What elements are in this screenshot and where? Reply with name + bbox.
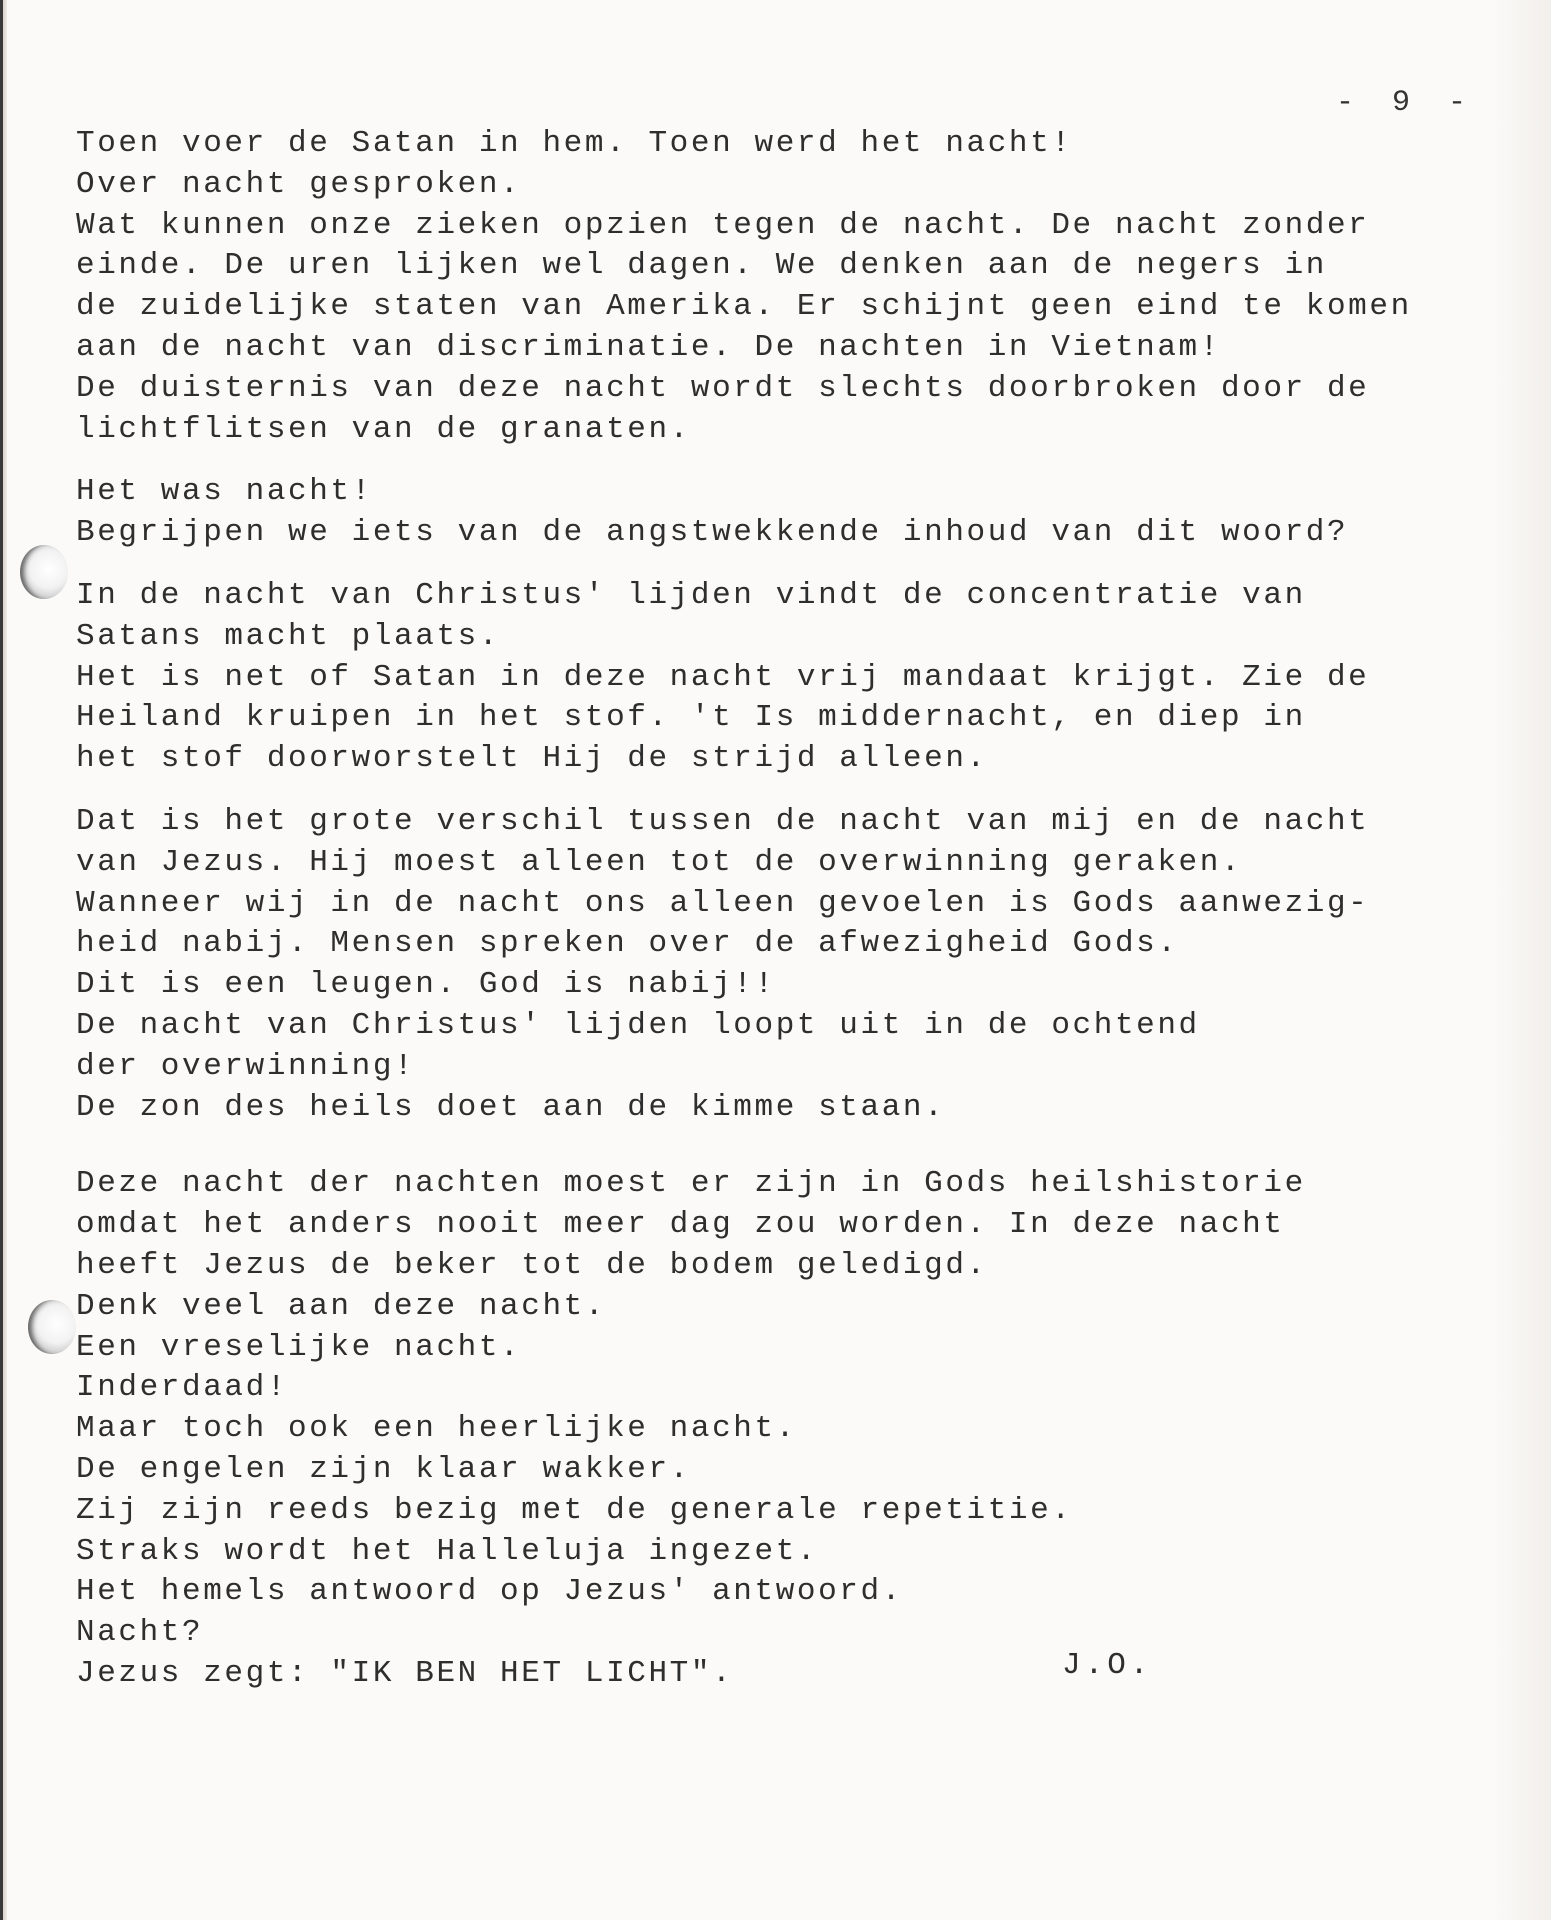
typewritten-body: Toen voer de Satan in hem. Toen werd het…	[76, 124, 1496, 1695]
text-line: Dit is een leugen. God is nabij!!	[76, 965, 1496, 1006]
punch-hole	[20, 545, 68, 599]
text-line: De nacht van Christus' lijden loopt uit …	[76, 1006, 1496, 1047]
text-line: Inderdaad!	[76, 1368, 1496, 1409]
text-line: Satans macht plaats.	[76, 617, 1496, 658]
paragraph-gap	[76, 1128, 1496, 1164]
page-number: - 9 -	[1336, 86, 1476, 120]
paragraph-gap	[76, 450, 1496, 472]
text-line: In de nacht van Christus' lijden vindt d…	[76, 576, 1496, 617]
text-line: Toen voer de Satan in hem. Toen werd het…	[76, 124, 1496, 165]
text-line: Jezus zegt: "IK BEN HET LICHT".	[76, 1654, 1496, 1695]
text-line: Straks wordt het Halleluja ingezet.	[76, 1532, 1496, 1573]
text-line: lichtflitsen van de granaten.	[76, 410, 1496, 451]
text-line: Over nacht gesproken.	[76, 165, 1496, 206]
text-line: Begrijpen we iets van de angstwekkende i…	[76, 513, 1496, 554]
text-line: Denk veel aan deze nacht.	[76, 1287, 1496, 1328]
text-line: der overwinning!	[76, 1047, 1496, 1088]
text-line: Wanneer wij in de nacht ons alleen gevoe…	[76, 884, 1496, 925]
text-line: Deze nacht der nachten moest er zijn in …	[76, 1164, 1496, 1205]
text-line: De engelen zijn klaar wakker.	[76, 1450, 1496, 1491]
text-line: aan de nacht van discriminatie. De nacht…	[76, 328, 1496, 369]
signature-initials: J.O.	[1062, 1648, 1152, 1683]
text-line: het stof doorworstelt Hij de strijd alle…	[76, 739, 1496, 780]
punch-hole	[28, 1300, 76, 1354]
page-binding-edge	[0, 0, 7, 1920]
text-line: Het was nacht!	[76, 472, 1496, 513]
text-line: Een vreselijke nacht.	[76, 1328, 1496, 1369]
paragraph-gap	[76, 780, 1496, 802]
text-line: Heiland kruipen in het stof. 't Is midde…	[76, 698, 1496, 739]
text-line: heid nabij. Mensen spreken over de afwez…	[76, 924, 1496, 965]
text-line: Dat is het grote verschil tussen de nach…	[76, 802, 1496, 843]
text-line: Zij zijn reeds bezig met de generale rep…	[76, 1491, 1496, 1532]
text-line: van Jezus. Hij moest alleen tot de overw…	[76, 843, 1496, 884]
text-line: De duisternis van deze nacht wordt slech…	[76, 369, 1496, 410]
text-line: de zuidelijke staten van Amerika. Er sch…	[76, 287, 1496, 328]
text-line: omdat het anders nooit meer dag zou word…	[76, 1205, 1496, 1246]
text-line: Nacht?	[76, 1613, 1496, 1654]
text-line: heeft Jezus de beker tot de bodem geledi…	[76, 1246, 1496, 1287]
text-line: Het is net of Satan in deze nacht vrij m…	[76, 658, 1496, 699]
paragraph-gap	[76, 554, 1496, 576]
text-line: Wat kunnen onze zieken opzien tegen de n…	[76, 206, 1496, 247]
text-line: De zon des heils doet aan de kimme staan…	[76, 1088, 1496, 1129]
text-line: einde. De uren lijken wel dagen. We denk…	[76, 246, 1496, 287]
text-line: Het hemels antwoord op Jezus' antwoord.	[76, 1572, 1496, 1613]
text-line: Maar toch ook een heerlijke nacht.	[76, 1409, 1496, 1450]
page-shadow	[1491, 0, 1551, 1920]
